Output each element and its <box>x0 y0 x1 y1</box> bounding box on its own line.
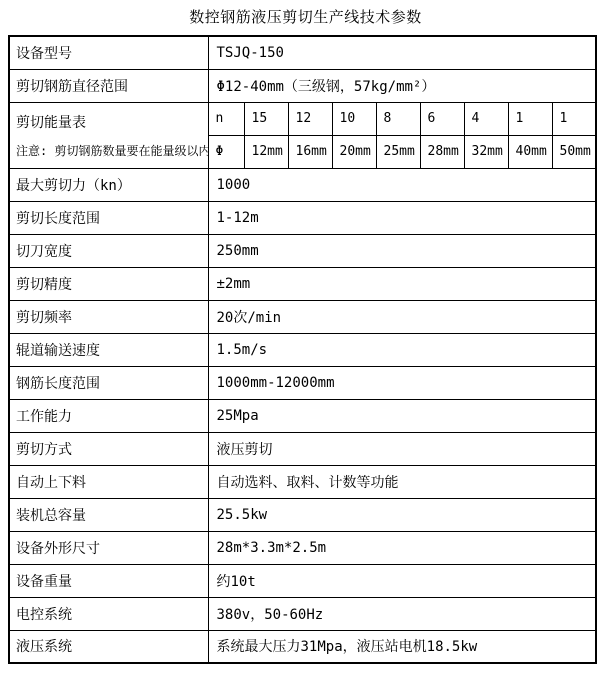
table-row-diameter-range: 剪切钢筋直径范围 Φ12-40mm（三级钢，57kg/mm²） <box>9 69 596 102</box>
table-row-cut-precision: 剪切精度 ±2mm <box>9 267 596 300</box>
table-row-max-shear-force: 最大剪切力（kn） 1000 <box>9 168 596 201</box>
energy-n-value: 6 <box>420 102 464 135</box>
energy-phi-value: 12mm <box>244 135 288 168</box>
spec-label: 装机总容量 <box>9 498 208 531</box>
energy-phi-value: 40mm <box>508 135 552 168</box>
table-row-device-model: 设备型号 TSJQ-150 <box>9 36 596 69</box>
spec-value: ±2mm <box>208 267 596 300</box>
spec-value: 自动选料、取料、计数等功能 <box>208 465 596 498</box>
spec-label: 剪切精度 <box>9 267 208 300</box>
spec-label: 辊道输送速度 <box>9 333 208 366</box>
spec-label: 剪切钢筋直径范围 <box>9 69 208 102</box>
energy-phi-value: 50mm <box>552 135 596 168</box>
spec-label: 液压系统 <box>9 630 208 663</box>
spec-value: 380v，50-60Hz <box>208 597 596 630</box>
energy-phi-value: 25mm <box>376 135 420 168</box>
table-row-blade-width: 切刀宽度 250mm <box>9 234 596 267</box>
spec-value: 1.5m/s <box>208 333 596 366</box>
spec-value: 约10t <box>208 564 596 597</box>
table-row-roller-speed: 辊道输送速度 1.5m/s <box>9 333 596 366</box>
spec-value: 28m*3.3m*2.5m <box>208 531 596 564</box>
spec-label: 剪切方式 <box>9 432 208 465</box>
table-row-outer-dimensions: 设备外形尺寸 28m*3.3m*2.5m <box>9 531 596 564</box>
energy-n-value: 15 <box>244 102 288 135</box>
spec-value: 系统最大压力31Mpa，液压站电机18.5kw <box>208 630 596 663</box>
spec-label: 设备重量 <box>9 564 208 597</box>
energy-table-title: 剪切能量表 <box>16 112 207 132</box>
energy-phi-value: 28mm <box>420 135 464 168</box>
spec-value: 液压剪切 <box>208 432 596 465</box>
table-row-working-capacity: 工作能力 25Mpa <box>9 399 596 432</box>
spec-value: 25Mpa <box>208 399 596 432</box>
table-row-installed-capacity: 装机总容量 25.5kw <box>9 498 596 531</box>
table-row-device-weight: 设备重量 约10t <box>9 564 596 597</box>
spec-value: 1000mm-12000mm <box>208 366 596 399</box>
spec-sheet: 数控钢筋液压剪切生产线技术参数 设备型号 TSJQ-150 剪切钢筋直径范围 Φ… <box>0 0 611 680</box>
table-row-hydraulic-system: 液压系统 系统最大压力31Mpa，液压站电机18.5kw <box>9 630 596 663</box>
energy-phi-header: Φ <box>208 135 244 168</box>
energy-n-value: 4 <box>464 102 508 135</box>
table-row-auto-loading: 自动上下料 自动选料、取料、计数等功能 <box>9 465 596 498</box>
spec-label: 工作能力 <box>9 399 208 432</box>
energy-phi-value: 32mm <box>464 135 508 168</box>
energy-n-value: 12 <box>288 102 332 135</box>
spec-label: 最大剪切力（kn） <box>9 168 208 201</box>
spec-value: Φ12-40mm（三级钢，57kg/mm²） <box>208 69 596 102</box>
spec-label: 钢筋长度范围 <box>9 366 208 399</box>
table-row-energy-n: 剪切能量表 注意: 剪切钢筋数量要在能量级以内 n 15 12 10 8 6 4… <box>9 102 596 135</box>
energy-n-value: 1 <box>552 102 596 135</box>
spec-value: 250mm <box>208 234 596 267</box>
table-row-cut-length-range: 剪切长度范围 1-12m <box>9 201 596 234</box>
spec-value: 1000 <box>208 168 596 201</box>
spec-label: 切刀宽度 <box>9 234 208 267</box>
spec-label: 剪切长度范围 <box>9 201 208 234</box>
spec-value: 25.5kw <box>208 498 596 531</box>
energy-phi-value: 20mm <box>332 135 376 168</box>
spec-label: 设备型号 <box>9 36 208 69</box>
energy-n-value: 10 <box>332 102 376 135</box>
spec-label: 自动上下料 <box>9 465 208 498</box>
energy-label-cell: 剪切能量表 注意: 剪切钢筋数量要在能量级以内 <box>9 102 208 168</box>
spec-value: 20次/min <box>208 300 596 333</box>
energy-n-value: 8 <box>376 102 420 135</box>
table-row-electric-control: 电控系统 380v，50-60Hz <box>9 597 596 630</box>
table-row-cut-frequency: 剪切频率 20次/min <box>9 300 596 333</box>
spec-label: 设备外形尺寸 <box>9 531 208 564</box>
spec-table: 设备型号 TSJQ-150 剪切钢筋直径范围 Φ12-40mm（三级钢，57kg… <box>8 35 597 664</box>
energy-table-note: 注意: 剪切钢筋数量要在能量级以内 <box>16 142 207 159</box>
spec-label: 剪切频率 <box>9 300 208 333</box>
energy-n-header: n <box>208 102 244 135</box>
spec-value: TSJQ-150 <box>208 36 596 69</box>
spec-label: 电控系统 <box>9 597 208 630</box>
table-row-rebar-length-range: 钢筋长度范围 1000mm-12000mm <box>9 366 596 399</box>
table-row-cut-method: 剪切方式 液压剪切 <box>9 432 596 465</box>
energy-phi-value: 16mm <box>288 135 332 168</box>
energy-n-value: 1 <box>508 102 552 135</box>
spec-value: 1-12m <box>208 201 596 234</box>
page-title: 数控钢筋液压剪切生产线技术参数 <box>0 0 611 27</box>
